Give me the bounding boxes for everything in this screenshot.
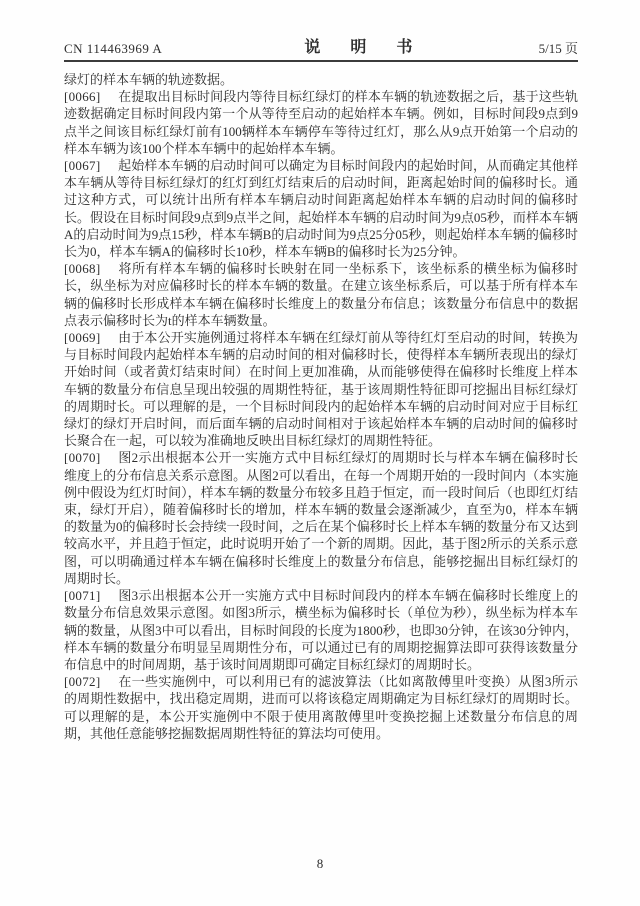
paragraph: [0069]由于本公开实施例通过将样本车辆在红绿灯前从等待红灯至启动的时间，转换… <box>64 329 578 449</box>
paragraph: [0067]起始样本车辆的启动时间可以确定为目标时间段内的起始时间，从而确定其他… <box>64 157 578 260</box>
paragraph: [0066]在提取出目标时间段内等待目标红绿灯的样本车辆的轨迹数据之后，基于这些… <box>64 88 578 157</box>
publication-number: CN 114463969 A <box>64 41 162 57</box>
page-indicator: 5/15 页 <box>539 38 578 57</box>
paragraph-tag: [0067] <box>64 157 118 174</box>
paragraph: [0071]图3示出根据本公开一实施方式中目标时间段内的样本车辆在偏移时长维度上… <box>64 587 578 673</box>
page-number: 8 <box>317 856 324 871</box>
paragraph-tag: [0066] <box>64 88 118 105</box>
paragraph-tag: [0072] <box>64 673 118 690</box>
paragraph: [0068]将所有样本车辆的偏移时长映射在同一坐标系下，该坐标系的横坐标为偏移时… <box>64 260 578 329</box>
paragraph-tag: [0068] <box>64 260 118 277</box>
page-footer: 8 <box>0 856 640 872</box>
document-title: 说 明 书 <box>291 34 425 57</box>
paragraph-list: [0066]在提取出目标时间段内等待目标红绿灯的样本车辆的轨迹数据之后，基于这些… <box>64 88 578 742</box>
continuation-line: 绿灯的样本车辆的轨迹数据。 <box>64 71 578 88</box>
paragraph: [0072]在一些实施例中，可以利用已有的滤波算法（比如离散傅里叶变换）从图3所… <box>64 673 578 742</box>
document-body: 绿灯的样本车辆的轨迹数据。 [0066]在提取出目标时间段内等待目标红绿灯的样本… <box>0 62 640 742</box>
page-header: CN 114463969 A 说 明 书 5/15 页 <box>0 0 640 60</box>
patent-specification-page: CN 114463969 A 说 明 书 5/15 页 绿灯的样本车辆的轨迹数据… <box>0 0 640 906</box>
paragraph-tag: [0069] <box>64 329 118 346</box>
paragraph-tag: [0070] <box>64 449 118 466</box>
paragraph-tag: [0071] <box>64 587 118 604</box>
paragraph: [0070]图2示出根据本公开一实施方式中目标红绿灯的周期时长与样本车辆在偏移时… <box>64 449 578 587</box>
